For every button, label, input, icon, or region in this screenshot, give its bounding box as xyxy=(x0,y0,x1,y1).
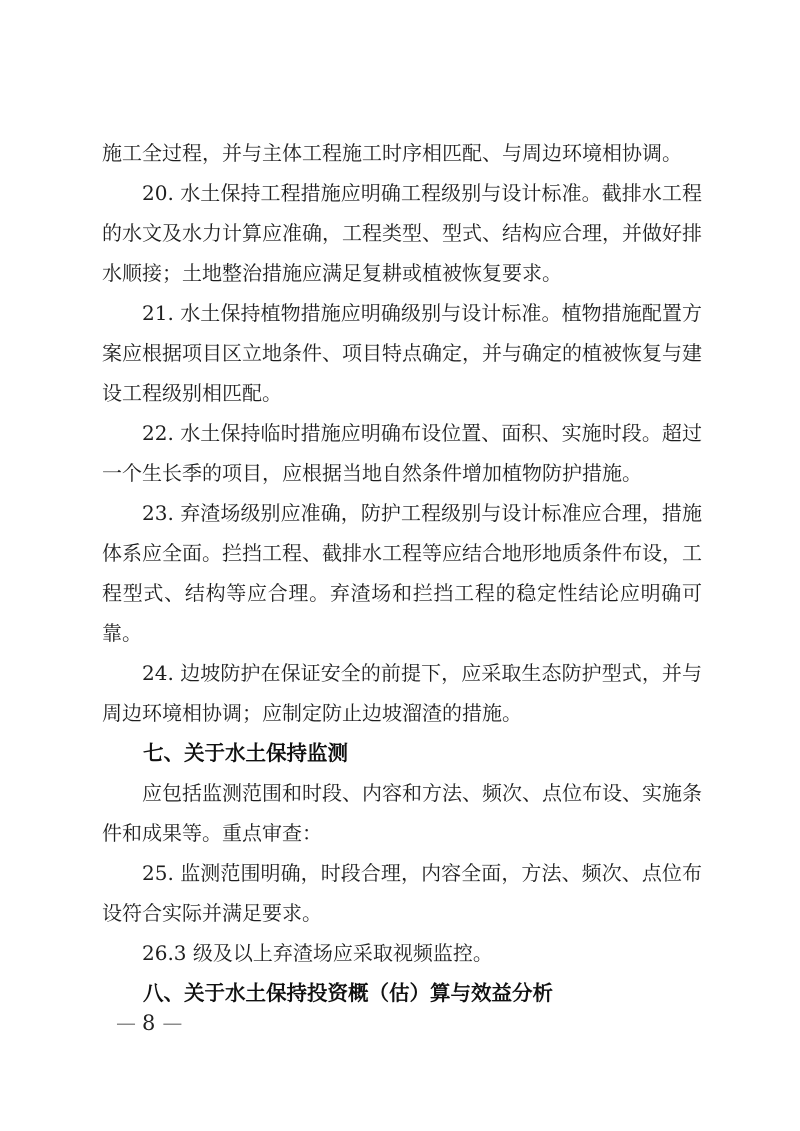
section-7-intro-paragraph: 应包括监测范围和时段、内容和方法、频次、点位布设、实施条件和成果等。重点审查： xyxy=(102,773,702,853)
document-body: 施工全过程，并与主体工程施工时序相匹配、与周边环境相协调。 20. 水土保持工程… xyxy=(102,133,702,1013)
page-footer: — 8 — xyxy=(116,1008,181,1038)
document-page: 施工全过程，并与主体工程施工时序相匹配、与周边环境相协调。 20. 水土保持工程… xyxy=(0,0,800,1131)
continuation-paragraph: 施工全过程，并与主体工程施工时序相匹配、与周边环境相协调。 xyxy=(102,133,702,173)
item-23-paragraph: 23. 弃渣场级别应准确，防护工程级别与设计标准应合理，措施体系应全面。拦挡工程… xyxy=(102,493,702,653)
item-26-paragraph: 26.3 级及以上弃渣场应采取视频监控。 xyxy=(102,933,702,973)
section-8-heading: 八、关于水土保持投资概（估）算与效益分析 xyxy=(102,973,702,1013)
item-25-paragraph: 25. 监测范围明确，时段合理，内容全面，方法、频次、点位布设符合实际并满足要求… xyxy=(102,853,702,933)
item-22-paragraph: 22. 水土保持临时措施应明确布设位置、面积、实施时段。超过一个生长季的项目，应… xyxy=(102,413,702,493)
page-number: 8 xyxy=(142,1008,155,1038)
footer-dash-right: — xyxy=(162,1008,181,1038)
item-24-paragraph: 24. 边坡防护在保证安全的前提下，应采取生态防护型式，并与周边环境相协调；应制… xyxy=(102,653,702,733)
section-7-heading: 七、关于水土保持监测 xyxy=(102,733,702,773)
item-21-paragraph: 21. 水土保持植物措施应明确级别与设计标准。植物措施配置方案应根据项目区立地条… xyxy=(102,293,702,413)
footer-dash-left: — xyxy=(116,1008,135,1038)
item-20-paragraph: 20. 水土保持工程措施应明确工程级别与设计标准。截排水工程的水文及水力计算应准… xyxy=(102,173,702,293)
